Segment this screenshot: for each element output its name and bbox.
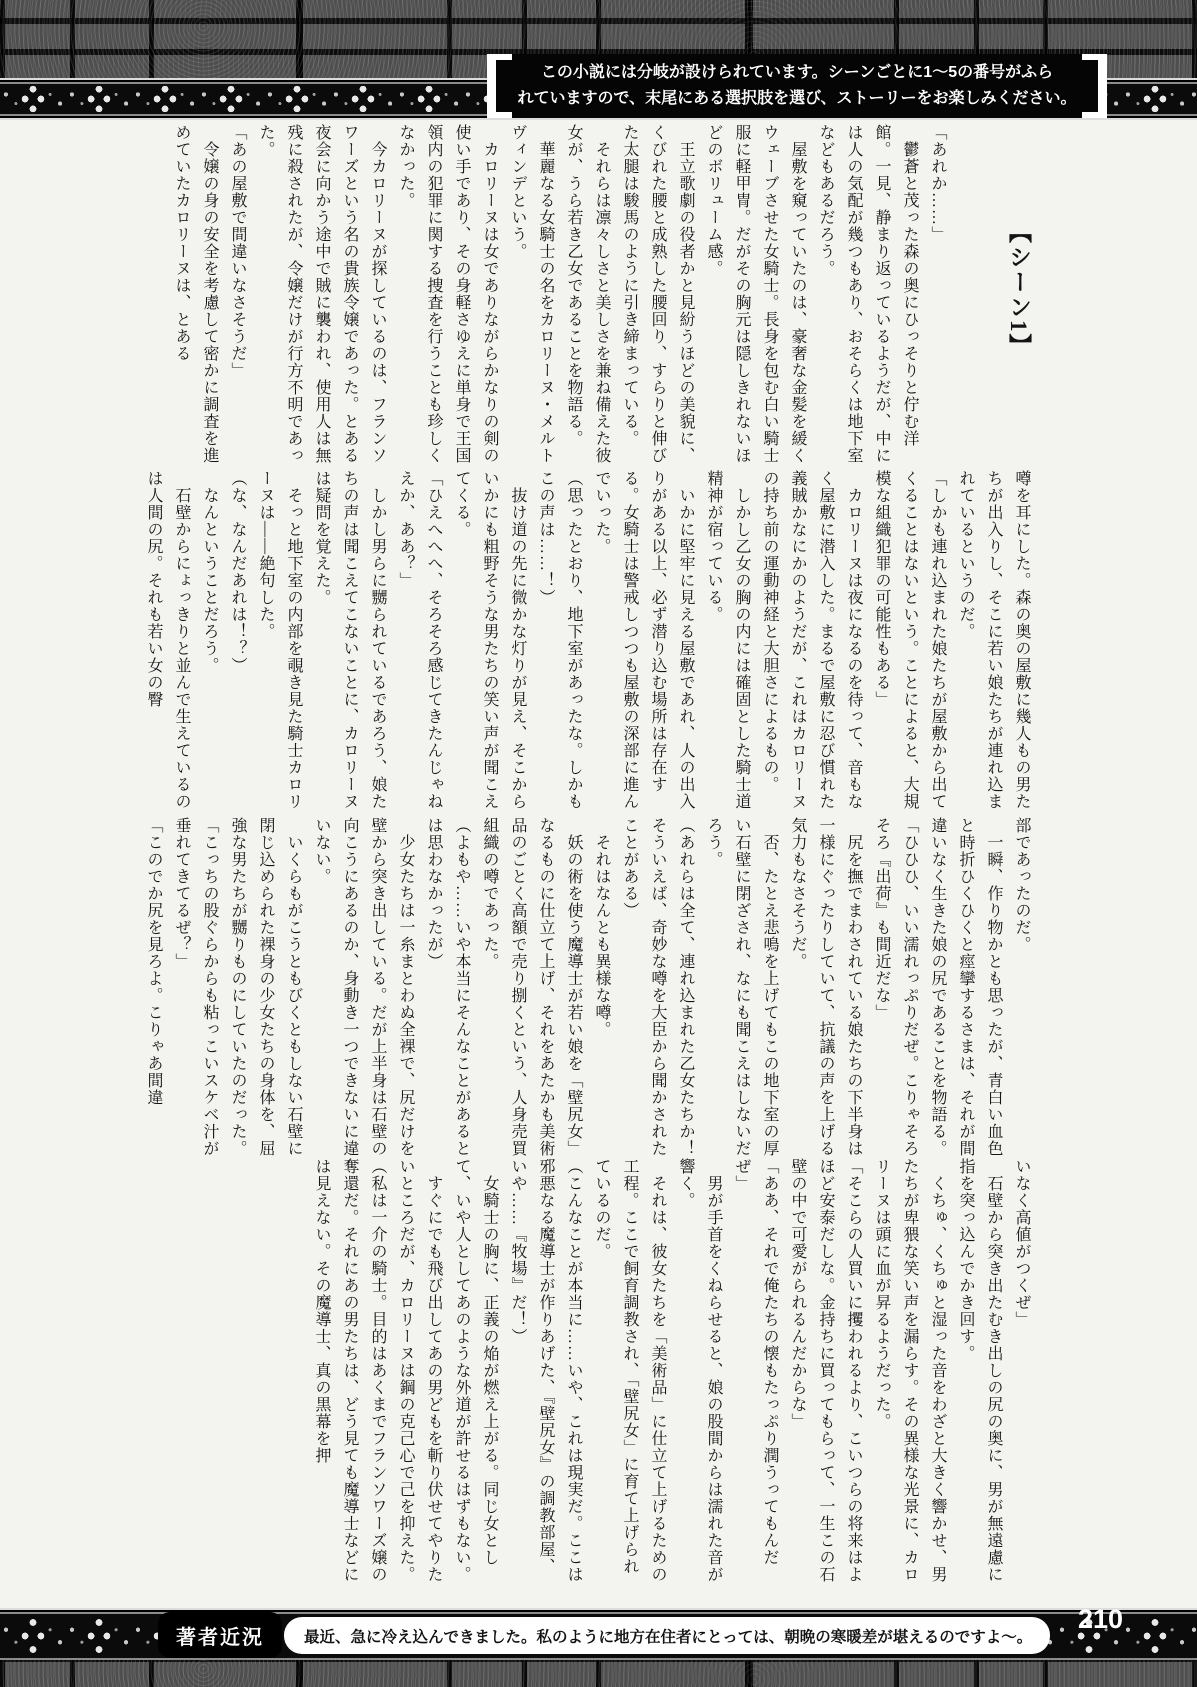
story-band-1: 【シーン1】 「あれか……」 鬱蒼と茂った森の奥にひっそりと佇む洋館。一見、静ま… (130, 124, 1035, 468)
story-paragraph: カロリーヌは夜になるのを待って、音もなく屋敷に潜入した。まるで屋敷に忍び慣れた義… (755, 470, 867, 815)
story-band-3: 部であったのだ。 一瞬、作り物かとも思ったが、青白い血色と時折ひくひくと痙攣する… (130, 817, 1035, 1157)
story-paragraph: いくらもがこうともびくともしない石壁に閉じ込められた裸身の少女たちの身体を、屈強… (223, 817, 307, 1157)
story-paragraph: 「あの屋敷で間違いなさそうだ」 (223, 124, 251, 468)
story-paragraph: （こんなことが本当に……いや、これは現実だ。ここは邪悪なる魔導士が作りあげた、『… (503, 1158, 587, 1586)
story-paragraph: 「ひひひ、いい濡れっぷりだぜ。こりゃそろそろ『出荷』も間近だな」 (867, 817, 923, 1157)
story-paragraph: （な、なんだあれは！？） (223, 470, 251, 815)
story-paragraph: それはなんとも異様な噂。 (587, 817, 615, 1157)
scene-heading: 【シーン1】 (1003, 124, 1033, 468)
story-paragraph: そっと地下室の内部を覗き見た騎士カロリーヌは――絶句した。 (251, 470, 307, 815)
story-paragraph: 「このでか尻を見ろよ。こりゃあ間違 (139, 817, 167, 1157)
page-number: 210 (1078, 1604, 1123, 1635)
story-paragraph: しかし乙女の胸の内には確固とした騎士道精神が宿っている。 (699, 470, 755, 815)
story-paragraph: 「あれか……」 (923, 124, 951, 468)
story-paragraph: （よもや……いや本当にそんなことがあるとは思わなかったが） (419, 817, 475, 1157)
brick-wall-bottom (0, 1660, 1197, 1687)
story-paragraph: 「ひえへへへ、そろそろ感じてきたんじゃねえか、ああ？」 (391, 470, 447, 815)
story-paragraph: くちゅ、くちゅと湿った音をわざと大きく響かせ、男たちが卑猥な笑い声を漏らす。その… (867, 1158, 951, 1586)
story-paragraph: （思ったとおり、地下室があったな。しかもこの声は……！） (531, 470, 587, 815)
story-paragraph: いかに堅牢に見える屋敷であれ、人の出入りがある以上、必ず潜り込む場所は存在する。… (587, 470, 699, 815)
story-paragraph: しかし男らに嬲られているであろう、娘たちの声は聞こえてこないことに、カロリーヌは… (307, 470, 391, 815)
story-paragraph: 男が手首をくねらせると、娘の股間からは濡れた音が響く。 (671, 1158, 727, 1586)
story-paragraph: 屋敷を窺っていたのは、豪奢な金髪を緩くウェーブさせた女騎士。長身を包む白い騎士服… (699, 124, 811, 468)
story-paragraph: それは、彼女たちを「美術品」に仕立て上げるための工程。ここで飼育調教され、「壁尻… (587, 1158, 671, 1586)
story-paragraph: 王立歌劇の役者かと見紛うほどの美貌に、くびれた腰と成熟した腰回り、すらりと伸びた… (615, 124, 699, 468)
story-paragraph: 女騎士の胸に、正義の焔が燃え上がる。同じ女として、いや人としてあのような外道が許… (447, 1158, 503, 1586)
story-paragraph: 否、たとえ悲鳴を上げてもこの地下室の厚い石壁に閉ざされ、なにも聞こえはしないだろ… (699, 817, 783, 1157)
story-paragraph: 今カロリーヌが探しているのは、フランソワーズという名の貴族令嬢であった。とある夜… (251, 124, 391, 468)
story-paragraph: 抜け道の先に微かな灯りが見え、そこからいかにも粗野そうな男たちの笑い声が聞こえて… (447, 470, 531, 815)
story-paragraph: 「ああ、それで俺たちの懐もたっぷり潤うってもんだぜ」 (727, 1158, 783, 1586)
story-paragraph: 「しかも連れ込まれた娘たちが屋敷から出てくることはないという。ことによると、大規… (867, 470, 951, 815)
story-paragraph: それらは凛々しさと美しさを兼ね備えた彼女が、うら若き乙女であることを物語る。 (559, 124, 615, 468)
story-paragraph: 「そこらの人買いに攫われるより、こいつらの将来はよほど安泰だしな。金持ちに買って… (783, 1158, 867, 1586)
story-paragraph: 鬱蒼と茂った森の奥にひっそりと佇む洋館。一見、静まり返っているようだが、中には人… (811, 124, 923, 468)
story-paragraph: 華麗なる女騎士の名をカロリーヌ・メルトヴィンデという。 (503, 124, 559, 468)
story-paragraph: （私は一介の騎士。目的はあくまでフランソワーズ嬢の奪還だ。それにあの男たちは、ど… (307, 1158, 391, 1586)
author-news-label: 著者近況 (160, 1614, 280, 1656)
branching-notice-text: この小説には分岐が設けられています。シーンごとに1〜5の番号がふら れていますの… (512, 54, 1082, 118)
story-band-4: いなく高値がつくぜ」 石壁から突き出たむき出しの尻の奥に、男が無遠慮に指を突っ込… (130, 1158, 1035, 1586)
story-paragraph: 一瞬、作り物かとも思ったが、青白い血色と時折ひくひくと痙攣するさまは、それが間違… (923, 817, 1007, 1157)
story-paragraph: 石壁からにょっきりと並んで生えているのは人間の尻。それも若い女の臀 (139, 470, 195, 815)
story-band-2: 噂を耳にした。森の奥の屋敷に幾人もの男たちが出入りし、そこに若い娘たちが連れ込ま… (130, 470, 1035, 815)
story-paragraph: 噂を耳にした。森の奥の屋敷に幾人もの男たちが出入りし、そこに若い娘たちが連れ込ま… (951, 470, 1035, 815)
story-paragraph: カロリーヌは女でありながらかなりの剣の使い手であり、その身軽さゆえに単身で王国領… (391, 124, 503, 468)
right-bracket-icon (1082, 54, 1107, 118)
story-paragraph: （あれらは全て、連れ込まれた乙女たちか！ そういえば、奇妙な噂を大臣から聞かされ… (615, 817, 699, 1157)
novel-page: この小説には分岐が設けられています。シーンごとに1〜5の番号がふら れていますの… (0, 0, 1197, 1687)
story-paragraph: 尻を撫でまわされている娘たちの下半身は一様にぐったりしていて、抗議の声を上げる気… (783, 817, 867, 1157)
story-paragraph: 少女たちは一糸まとわぬ全裸で、尻だけを壁から突き出している。だが上半身は石壁の向… (307, 817, 419, 1157)
story-paragraph: 令嬢の身の安全を考慮して密かに調査を進めていたカロリーヌは、とある (167, 124, 223, 468)
banner-line-1: この小説には分岐が設けられています。シーンごとに1〜5の番号がふら (512, 60, 1082, 86)
story-paragraph: なんということだろう。 (195, 470, 223, 815)
banner-line-2: れていますので、末尾にある選択肢を選び、ストーリーをお楽しみください。 (512, 86, 1082, 112)
author-news-comment: 最近、急に冷え込んできました。私のように地方在住者にとっては、朝晩の寒暖差が堪え… (284, 1617, 1050, 1654)
branching-notice-banner: この小説には分岐が設けられています。シーンごとに1〜5の番号がふら れていますの… (487, 54, 1107, 118)
left-bracket-icon (487, 54, 512, 118)
story-paragraph: 「こっちの股ぐらからも粘っこいスケベ汁が垂れてきてるぜ？」 (167, 817, 223, 1157)
story-paragraph: 妖の術を使う魔導士が若い娘を「壁尻女」なるものに仕立て上げ、それをあたかも美術品… (475, 817, 587, 1157)
story-paragraph: すぐにでも飛び出してあの男どもを斬り伏せてやりたいところだが、カロリーヌは鋼の克… (391, 1158, 447, 1586)
story-paragraph: 部であったのだ。 (1007, 817, 1035, 1157)
story-paragraph: いなく高値がつくぜ」 (1007, 1158, 1035, 1586)
story-paragraph: 石壁から突き出たむき出しの尻の奥に、男が無遠慮に指を突っ込んでかき回す。 (951, 1158, 1007, 1586)
